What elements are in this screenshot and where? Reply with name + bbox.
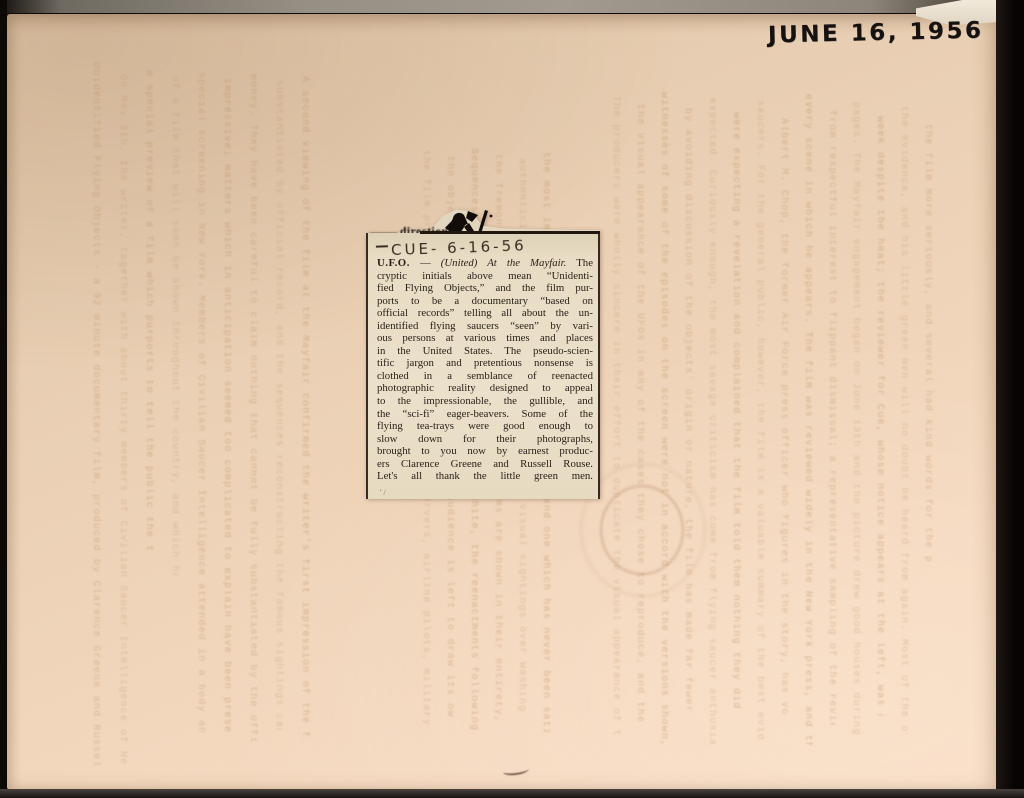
clipping-body: CUE- 6-16-56 U.F.O. — (United) At the Ma… xyxy=(366,233,600,499)
clipping-line: flying tea-trays were good enough to xyxy=(377,420,593,433)
bleedthrough-typed-line: every scene in which he appears. The fil… xyxy=(802,94,813,746)
bleedthrough-typed-line: witnesses of some of the episodes on the… xyxy=(658,92,669,747)
photo-right-edge xyxy=(996,0,1024,798)
scrapbook-scan: Unidentified Flying Objects - a 92 minut… xyxy=(0,0,1024,798)
clipping-line: Let's all thank the little green men. xyxy=(377,470,593,483)
clipping-line: ers Clarence Greene and Russell Rouse. xyxy=(377,458,593,471)
stamp-ring xyxy=(600,485,684,575)
bleedthrough-typed-line: special screening in New York. Members o… xyxy=(195,72,206,732)
studio-venue-credit: (United) At the Mayfair. xyxy=(441,257,567,269)
clipping-line: the “sci-fi” eager-beavers. Some of the xyxy=(377,408,593,421)
review-lines: cryptic initials above mean “Unidenti-fi… xyxy=(377,270,593,483)
clipping-line: fied Flying Objects,” and the film pur- xyxy=(377,282,593,295)
title-separator: — xyxy=(410,257,441,269)
clipping-line: ports to be a documentary “based on xyxy=(377,295,593,308)
clipping-line: tific jargon and pretentious nonsense is xyxy=(377,357,593,370)
bleedthrough-typed-line: week despite the heat; the reviewer for … xyxy=(874,116,885,716)
clipping-line: slow down for their photographs, xyxy=(377,433,593,446)
photo-left-edge xyxy=(0,0,7,798)
clipping-line: clothed in a semblance of reenacted xyxy=(377,370,593,383)
clipping-line: to the impressionable, the gullible, and xyxy=(377,395,593,408)
bleedthrough-typed-line: the film more seriously, and several had… xyxy=(922,124,933,564)
first-line-end: The xyxy=(566,257,593,269)
bleedthrough-typed-line: Albert M. Chop, the former Air Force pre… xyxy=(778,118,789,714)
cue-date-annotation: CUE- 6-16-56 xyxy=(376,234,587,259)
bleedthrough-typed-line: the evidence, and his little green men w… xyxy=(898,106,909,734)
newspaper-clipping: direction. CUE- 6-16-56 U.F.O. — (United… xyxy=(366,209,600,499)
clipping-line: official records” telling all about the … xyxy=(377,307,593,320)
bleedthrough-typed-line: A second viewing of the film at the Mayf… xyxy=(299,76,310,740)
bleedthrough-typed-line: a special preview of a film which purpor… xyxy=(143,70,154,550)
review-text-block: U.F.O. — (United) At the Mayfair. The cr… xyxy=(377,257,593,483)
bleedthrough-typed-line: were expecting a revelation and complain… xyxy=(730,112,741,712)
bleedthrough-typed-line: The producers were wholly sincere in the… xyxy=(610,96,621,736)
clipping-line: ous persons at various times and places xyxy=(377,332,593,345)
clipping-top-rule xyxy=(420,231,600,234)
bleedthrough-typed-line: from respectful interest to flippant dis… xyxy=(826,110,837,725)
handwritten-date: JUNE 16, 1956 xyxy=(768,18,984,49)
bleedthrough-typed-line: the visual appearance of the UFOs in any… xyxy=(634,104,645,724)
bleedthrough-typed-line: substantiated by official record, and th… xyxy=(273,80,284,730)
bleedthrough-typed-line: of a film that will soon be shown throug… xyxy=(169,76,180,576)
clipping-foot-marks: ' / xyxy=(380,488,386,497)
bleedthrough-typed-line: impressive; matters which in anticipatio… xyxy=(221,78,232,733)
review-first-line: U.F.O. — (United) At the Mayfair. The xyxy=(377,257,593,270)
bleedthrough-typed-line: money. They have been careful to claim n… xyxy=(247,74,258,742)
bleedthrough-typed-line: On May 5th, the writer, together with ab… xyxy=(117,74,128,764)
bleedthrough-typed-line: by avoiding discussion of the objects' o… xyxy=(682,108,693,720)
bleedthrough-typed-line: pages. The Mayfair engagement began on J… xyxy=(850,102,861,738)
bleedthrough-typed-line: Unidentified Flying Objects - a 92 minut… xyxy=(90,62,101,768)
bleedthrough-typed-line: expected. Curiously enough, the most sav… xyxy=(706,98,717,746)
clipping-line: in the United States. The pseudo-scien- xyxy=(377,345,593,358)
clipping-line: brought to you now by earnest produc- xyxy=(377,445,593,458)
clipping-line: identified flying saucers “seen” by vari… xyxy=(377,320,593,333)
bleedthrough-typed-line: saucers. For the general public, however… xyxy=(754,100,765,740)
photo-bottom-edge xyxy=(0,789,1024,798)
clipping-line: cryptic initials above mean “Unidenti- xyxy=(377,270,593,283)
film-title: U.F.O. xyxy=(377,257,410,269)
clipping-line: photographic reality designed to appeal xyxy=(377,382,593,395)
